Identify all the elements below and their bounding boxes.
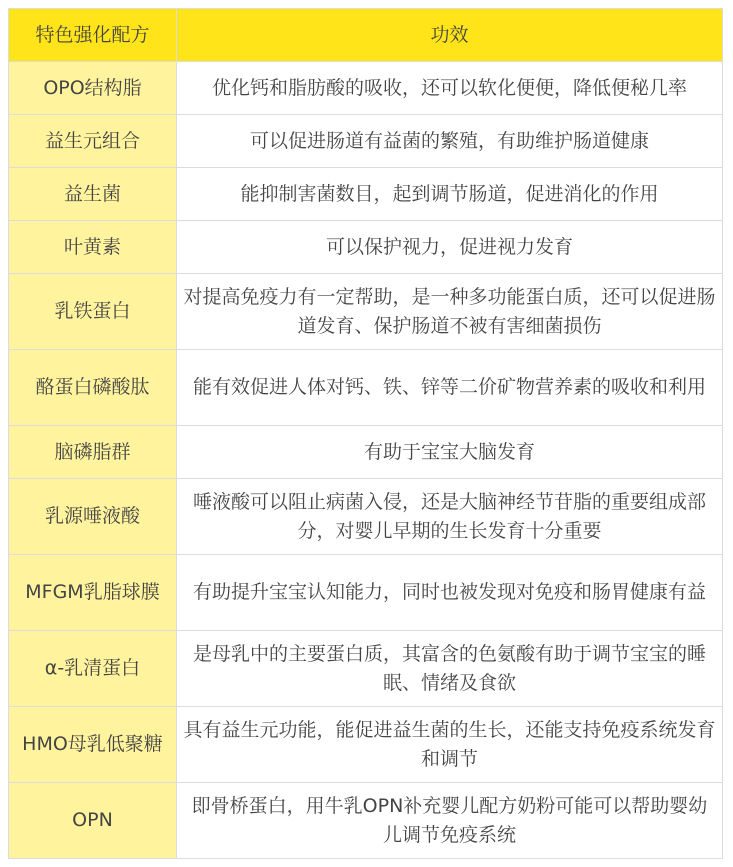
formula-effect: 优化钙和脂肪酸的吸收，还可以软化便便，降低便秘几率 [177, 62, 723, 115]
header-effect: 功效 [177, 9, 723, 62]
formula-effect: 具有益生元功能，能促进益生菌的生长，还能支持免疫系统发育和调节 [177, 707, 723, 783]
formula-effect: 对提高免疫力有一定帮助，是一种多功能蛋白质，还可以促进肠道发育、保护肠道不被有害… [177, 274, 723, 350]
formula-name: 益生菌 [9, 168, 177, 221]
formula-name: OPO结构脂 [9, 62, 177, 115]
formula-name: 乳源唾液酸 [9, 479, 177, 555]
formula-effect: 能抑制害菌数目，起到调节肠道，促进消化的作用 [177, 168, 723, 221]
formula-effect: 有助提升宝宝认知能力，同时也被发现对免疫和肠胃健康有益 [177, 555, 723, 631]
formula-name: HMO母乳低聚糖 [9, 707, 177, 783]
formula-effect: 可以促进肠道有益菌的繁殖，有助维护肠道健康 [177, 115, 723, 168]
formula-name: 脑磷脂群 [9, 426, 177, 479]
formula-effect: 能有效促进人体对钙、铁、锌等二价矿物营养素的吸收和利用 [177, 350, 723, 426]
formula-name: 益生元组合 [9, 115, 177, 168]
formula-effect: 即骨桥蛋白，用牛乳OPN补充婴儿配方奶粉可能可以帮助婴幼儿调节免疫系统 [177, 783, 723, 859]
formula-name: 乳铁蛋白 [9, 274, 177, 350]
table-row: 益生菌 能抑制害菌数目，起到调节肠道，促进消化的作用 [9, 168, 723, 221]
formula-effects-table: 特色强化配方 功效 OPO结构脂 优化钙和脂肪酸的吸收，还可以软化便便，降低便秘… [8, 8, 723, 859]
table-row: 乳源唾液酸 唾液酸可以阻止病菌入侵，还是大脑神经节苷脂的重要组成部分，对婴儿早期… [9, 479, 723, 555]
table-row: 叶黄素 可以保护视力，促进视力发育 [9, 221, 723, 274]
formula-name: α-乳清蛋白 [9, 631, 177, 707]
table-row: 酪蛋白磷酸肽 能有效促进人体对钙、铁、锌等二价矿物营养素的吸收和利用 [9, 350, 723, 426]
table-row: 乳铁蛋白 对提高免疫力有一定帮助，是一种多功能蛋白质，还可以促进肠道发育、保护肠… [9, 274, 723, 350]
table-row: 脑磷脂群 有助于宝宝大脑发育 [9, 426, 723, 479]
formula-name: MFGM乳脂球膜 [9, 555, 177, 631]
table-row: OPN 即骨桥蛋白，用牛乳OPN补充婴儿配方奶粉可能可以帮助婴幼儿调节免疫系统 [9, 783, 723, 859]
header-formula: 特色强化配方 [9, 9, 177, 62]
table-row: OPO结构脂 优化钙和脂肪酸的吸收，还可以软化便便，降低便秘几率 [9, 62, 723, 115]
formula-name: 酪蛋白磷酸肽 [9, 350, 177, 426]
formula-name: 叶黄素 [9, 221, 177, 274]
formula-effect: 可以保护视力，促进视力发育 [177, 221, 723, 274]
formula-effect: 是母乳中的主要蛋白质，其富含的色氨酸有助于调节宝宝的睡眠、情绪及食欲 [177, 631, 723, 707]
formula-effect: 有助于宝宝大脑发育 [177, 426, 723, 479]
formula-name: OPN [9, 783, 177, 859]
header-row: 特色强化配方 功效 [9, 9, 723, 62]
table-row: α-乳清蛋白 是母乳中的主要蛋白质，其富含的色氨酸有助于调节宝宝的睡眠、情绪及食… [9, 631, 723, 707]
formula-effect: 唾液酸可以阻止病菌入侵，还是大脑神经节苷脂的重要组成部分，对婴儿早期的生长发育十… [177, 479, 723, 555]
table-row: 益生元组合 可以促进肠道有益菌的繁殖，有助维护肠道健康 [9, 115, 723, 168]
table-row: HMO母乳低聚糖 具有益生元功能，能促进益生菌的生长，还能支持免疫系统发育和调节 [9, 707, 723, 783]
table-row: MFGM乳脂球膜 有助提升宝宝认知能力，同时也被发现对免疫和肠胃健康有益 [9, 555, 723, 631]
